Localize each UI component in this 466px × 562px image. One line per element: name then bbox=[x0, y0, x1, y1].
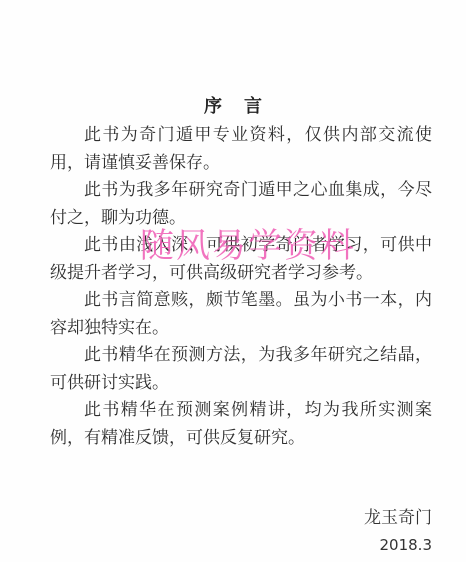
page-title: 序言 bbox=[0, 92, 466, 118]
signature: 龙玉奇门 2018.3 bbox=[364, 505, 432, 559]
paragraph: 此书由浅入深，可供初学奇门者学习，可供中级提升者学习，可供高级研究者学习参考。 bbox=[50, 232, 432, 287]
paragraph: 此书为我多年研究奇门遁甲之心血集成，今尽付之，聊为功德。 bbox=[50, 177, 432, 232]
signature-date: 2018.3 bbox=[364, 531, 432, 559]
paragraph: 此书言简意赅，颇节笔墨。虽为小书一本，内容却独特实在。 bbox=[50, 287, 432, 342]
paragraph: 此书精华在预测案例精讲，均为我所实测案例，有精准反馈，可供反复研究。 bbox=[50, 397, 432, 452]
paragraph: 此书为奇门遁甲专业资料，仅供内部交流使用，请谨慎妥善保存。 bbox=[50, 122, 432, 177]
signature-author: 龙玉奇门 bbox=[364, 505, 432, 531]
preface-body: 此书为奇门遁甲专业资料，仅供内部交流使用，请谨慎妥善保存。 此书为我多年研究奇门… bbox=[50, 122, 432, 452]
document-page: 序言 此书为奇门遁甲专业资料，仅供内部交流使用，请谨慎妥善保存。 此书为我多年研… bbox=[0, 0, 466, 562]
paragraph: 此书精华在预测方法，为我多年研究之结晶，可供研讨实践。 bbox=[50, 342, 432, 397]
